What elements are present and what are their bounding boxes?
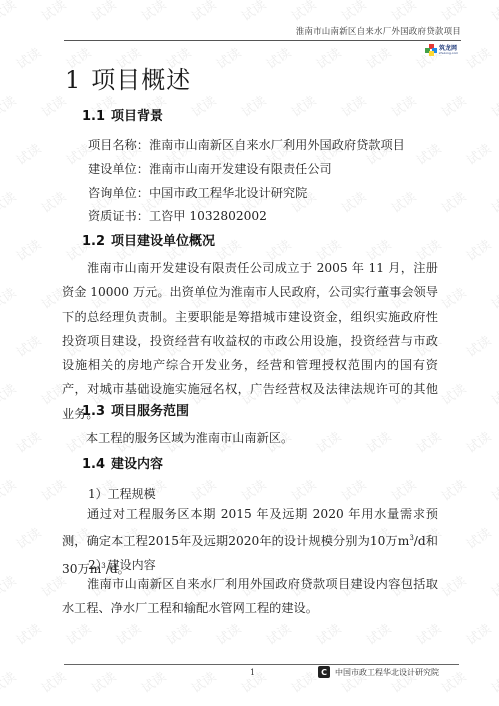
institute-logo-icon: C <box>318 666 330 678</box>
chapter-title: 项目概述 <box>91 66 191 94</box>
field-project-name: 项目名称：淮南市山南新区自来水厂利用外国政府贷款项目 <box>88 136 405 153</box>
section-heading-1-2: 1.2项目建设单位概况 <box>82 230 215 249</box>
subsection-scale-title: 1）工程规模 <box>88 485 156 502</box>
section-number: 1.4 <box>82 457 105 472</box>
section-number: 1.3 <box>82 404 105 419</box>
section-number: 1.2 <box>82 234 105 249</box>
section-title: 项目服务范围 <box>111 404 189 419</box>
field-value: 淮南市山南新区自来水厂利用外国政府贷款项目 <box>149 138 405 152</box>
paragraph-service-area: 本工程的服务区域为淮南市山南新区。 <box>86 429 293 446</box>
field-label: 资质证书： <box>88 209 149 223</box>
field-label: 咨询单位： <box>88 186 149 200</box>
section-title: 项目建设单位概况 <box>111 234 215 249</box>
zhulong-logo-icon <box>425 44 437 56</box>
chapter-heading: 1项目概述 <box>65 60 191 95</box>
field-value: 中国市政工程华北设计研究院 <box>149 186 307 200</box>
section-title: 建设内容 <box>111 457 163 472</box>
running-header-title: 淮南市山南新区自来水厂外国政府贷款项目 <box>296 25 461 37</box>
logo-name-en: zhulong.com <box>439 52 458 55</box>
field-consulting-unit: 咨询单位：中国市政工程华北设计研究院 <box>88 184 307 201</box>
field-construction-unit: 建设单位：淮南市山南开发建设有限责任公司 <box>88 160 332 177</box>
section-heading-1-4: 1.4建设内容 <box>82 453 163 472</box>
field-qualification-cert: 资质证书：工咨甲 1032802002 <box>88 207 267 224</box>
chapter-number: 1 <box>65 66 81 94</box>
page-number: 1 <box>250 668 255 677</box>
section-heading-1-3: 1.3项目服务范围 <box>82 400 189 419</box>
header-rule <box>64 40 461 41</box>
field-value: 淮南市山南开发建设有限责任公司 <box>149 162 332 176</box>
paragraph-construction-content: 淮南市山南新区自来水厂利用外国政府贷款项目建设内容包括取水工程、净水厂工程和输配… <box>62 572 438 621</box>
zhulong-logo: 筑龙网 zhulong.com <box>425 44 458 56</box>
field-value: 工咨甲 1032802002 <box>149 209 267 223</box>
field-label: 建设单位： <box>88 162 149 176</box>
section-heading-1-1: 1.1项目背景 <box>82 105 163 124</box>
document-page: 淮南市山南新区自来水厂外国政府贷款项目 筑龙网 zhulong.com 1项目概… <box>0 0 499 706</box>
section-number: 1.1 <box>82 109 105 124</box>
footer-rule <box>64 664 459 665</box>
section-title: 项目背景 <box>111 109 163 124</box>
text-run: 通过对工程服务区本期 2015 年及远期 2020 年用水量需求预测，确定本工程… <box>62 507 438 548</box>
field-label: 项目名称： <box>88 138 149 152</box>
footer-organization: 中国市政工程华北设计研究院 <box>335 667 439 678</box>
subsection-content-title: 2）建设内容 <box>88 556 156 573</box>
